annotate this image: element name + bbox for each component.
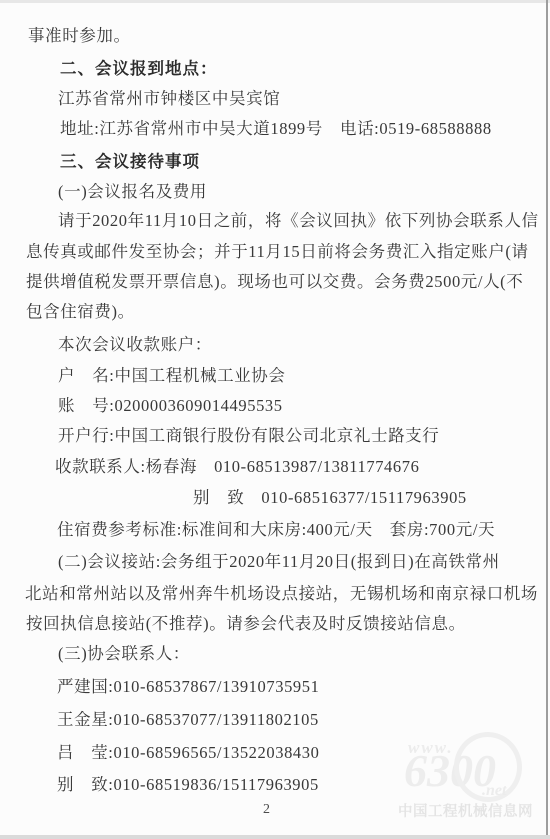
subsection-1-heading: (一)会议报名及费用 — [58, 183, 207, 202]
contact-line: 别 致:010-68519836/15117963905 — [57, 776, 319, 795]
scan-edge-right — [546, 0, 548, 839]
payment-contact-line: 别 致 010-68516377/15117963905 — [193, 489, 467, 508]
body-line: 请于2020年11月10日之前，将《会议回执》依下列协会联系人信 — [58, 212, 539, 231]
account-intro-line: 本次会议收款账户： — [58, 336, 212, 355]
body-line: 北站和常州站以及常州奔牛机场设点接站，无锡机场和南京禄口机场 — [25, 585, 538, 604]
scan-edge-top — [0, 0, 550, 3]
body-line: 提供增值税发票开票信息)。现场也可以交费。会务费2500元/人(不 — [26, 273, 523, 292]
bank-line: 开户行:中国工商银行股份有限公司北京礼士路支行 — [58, 427, 439, 446]
page-number: 2 — [263, 802, 270, 818]
subsection-3-heading: (三)协会联系人： — [58, 645, 190, 664]
watermark-circle-icon — [449, 728, 526, 807]
payment-contact-line: 收款联系人:杨春海 010-68513987/13811774676 — [55, 458, 419, 477]
body-line: 按回执信息接站(不推荐)。请参会代表及时反馈接站信息。 — [26, 615, 466, 634]
section-heading-3: 三、会议接待事项 — [60, 153, 200, 172]
contact-line: 严建国:010-68537867/13910735951 — [57, 678, 319, 697]
venue-line: 江苏省常州市钟楼区中吴宾馆 — [58, 90, 280, 109]
watermark-site-name: 中国工程机械信息网 — [398, 800, 533, 821]
contact-line: 王金星:010-68537077/13911802105 — [57, 711, 319, 730]
lodging-rate-line: 住宿费参考标准:标准间和大床房:400元/天 套房:700元/天 — [57, 521, 495, 540]
address-phone-line: 地址:江苏省常州市中吴大道1899号 电话:0519-68588888 — [60, 120, 492, 139]
scan-edge-bottom — [0, 835, 550, 839]
subsection-2-line: (二)会议接站:会务组于2020年11月20日(报到日)在高铁常州 — [58, 553, 500, 572]
watermark-www-text: www. — [408, 738, 454, 758]
body-line: 息传真或邮件发至协会；并于11月15日前将会务费汇入指定账户(请 — [26, 243, 529, 262]
paragraph-continuation: 事准时参加。 — [28, 27, 131, 46]
scanned-document-page: 事准时参加。 二、会议报到地点： 江苏省常州市钟楼区中吴宾馆 地址:江苏省常州市… — [0, 0, 550, 839]
contact-line: 吕 莹:010-68596565/13522038430 — [57, 744, 319, 763]
section-heading-2: 二、会议报到地点： — [60, 60, 218, 79]
watermark-net-text: .net — [482, 782, 506, 800]
watermark-6300-text: 6300 — [404, 744, 496, 797]
account-name-line: 户 名:中国工程机械工业协会 — [58, 367, 285, 386]
site-watermark: www. 6300 .net 中国工程机械信息网 — [398, 740, 538, 820]
body-line: 包含住宿费)。 — [26, 303, 135, 322]
account-number-line: 账 号:0200003609014495535 — [58, 397, 283, 416]
